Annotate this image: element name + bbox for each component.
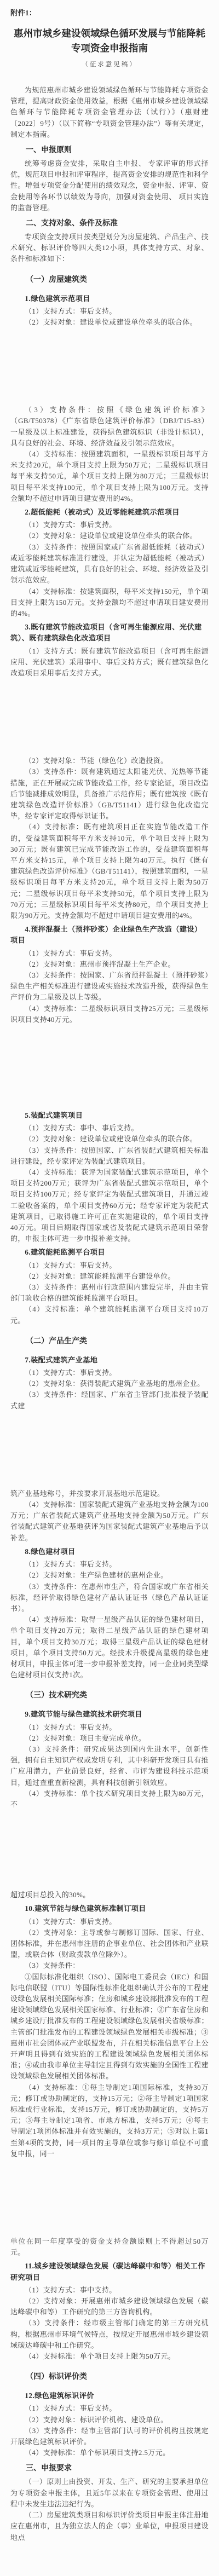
paragraph: （3）支持条件：惠州市行政范围内建设完毕，并由主管部门验收合格的建筑能耗监测平台…	[10, 1282, 209, 1304]
page-break-gap	[10, 1025, 209, 1107]
paragraph: （2）支持对象：主导或参与制修订国际、国家、行业、团体标准，并在惠州市注册的企事…	[10, 1927, 209, 1961]
item-heading: 8.绿色建材项目	[10, 1546, 209, 1557]
paragraph: （1）支持方式：事后支持。	[10, 2403, 209, 2414]
paragraph: （二）房屋建筑类项目和标识评价类项目申报主体注册地应在惠州市，且为独立法人的企（…	[10, 2510, 209, 2543]
item-heading: 5.装配式建筑项目	[10, 1110, 209, 1121]
item-heading: 6.建筑能耗监测平台项目	[10, 1247, 209, 1258]
paragraph: 统筹考虑资金安排，采取自主申报、 专家评审的形式择优，规范项目申报和评审程序，提…	[10, 158, 209, 213]
document-page: 附件1： 惠州市城乡建设领域绿色循环发展与节能降耗 专项资金申报指南 （征求意见…	[0, 0, 219, 2576]
paragraph-continuation: 单位在同一年度享受的资金支持金额原则上不得超过50万元。	[10, 2236, 209, 2258]
paragraph: （1）支持方式：事后支持。	[10, 1260, 209, 1271]
paragraph: （4）支持标准：单个技术研究项目支持上限为80万元，不	[10, 1788, 209, 1810]
page-break-gap	[10, 328, 209, 405]
item-heading: 4.预拌混凝土（预拌砂浆）企业绿色生产改造（建设）项目	[10, 924, 209, 946]
paragraph: （3）支持条件：按照国家或广东省超低能耗（被动式）或近零能耗建筑标准进行建设，并…	[10, 542, 209, 586]
paragraph: （1）支持方式：事中、事后支持。	[10, 1123, 209, 1134]
document-title-line1: 惠州市城乡建设领域绿色循环发展与节能降耗	[14, 28, 205, 39]
subsection-heading: （四）标识评价类	[10, 2371, 209, 2383]
paragraph: （3）支持条件：经国家、广东省主管部门批准授予装配式建	[10, 1389, 209, 1411]
paragraph: （4）支持标准：取得一星级产品认证的绿色建材项目，单个项目支持20万元；取得二星…	[10, 1614, 209, 1680]
paragraph: （1）支持方式：既有建筑节能改造项目（含可再生能源应用、光伏建筑）采用事中、事后…	[10, 646, 209, 679]
item-heading: 3.既有建筑节能改造项目（含可再生能源应用、光伏建筑）、既有建筑绿色化改造项目	[10, 622, 209, 644]
paragraph: （4）支持标准：国家装配式建筑产业基地支持金额为100万元；广东省装配式建筑产业…	[10, 1499, 209, 1544]
paragraph: （3）支持条件：按国家、广东省预拌混凝土（预拌砂浆）绿色生产相关标准进行建设或实…	[10, 970, 209, 1003]
subsection-heading: （二）产品生产类	[10, 1336, 209, 1347]
document-subtitle: （征求意见稿）	[10, 60, 209, 68]
paragraph: （3）支持条件：经市主管部门认可的评价机构且按规定开展绿色建筑标识评价。	[10, 2425, 209, 2447]
item-heading: 10.建筑节能与绿色建筑标准制订项目	[10, 1903, 209, 1914]
paragraph-continuation: 超过项目总投入的30%。	[10, 1890, 209, 1901]
paragraph: （2）支持对象：标识评价机构、建设单位。	[10, 2415, 209, 2425]
document-title: 惠州市城乡建设领域绿色循环发展与节能降耗 专项资金申报指南	[10, 26, 209, 56]
attachment-label: 附件1：	[10, 7, 209, 18]
paragraph: （4）支持标准：按建筑面积，每平米支持150元，单个项目支持上限为150万元。支…	[10, 586, 209, 620]
item-heading: 7.装配式建筑产业基地	[10, 1355, 209, 1366]
paragraph: （2）支持对象：开展惠州市城乡建设领域绿色发展（碳达峰碳中和等）工作研究的第三方…	[10, 2296, 209, 2318]
paragraph: （1）支持方式：事后支持。	[10, 1722, 209, 1733]
paragraph: （1）支持方式：事后支持。	[10, 948, 209, 959]
page-break-gap	[10, 1412, 209, 1488]
paragraph: （4）支持标准：既有建筑项目正在实施节能改造工作的，受益建筑面积每平方米支持10…	[10, 822, 209, 921]
paragraph: （2）支持对象：惠州市预拌混凝土生产企业。	[10, 959, 209, 970]
paragraph: （1）支持方式：事中支持。	[10, 2285, 209, 2296]
paragraph: 专项资金支持项目按类型划分为房屋建筑、产品生产、技术研究、标识评价等四大类12小…	[10, 232, 209, 265]
item-heading: 2.超低能耗（被动式）及近零能耗建筑示范项目	[10, 507, 209, 518]
paragraph: （3）支持条件：既有建筑通过太阳能光伏、光热等节能措施，正在开展或完成节能改造工…	[10, 766, 209, 822]
paragraph: （4）支持标准：单个标识项目支持2.5万元。	[10, 2447, 209, 2458]
paragraph: （2）支持对象：节能（绿色化）改造投资。	[10, 755, 209, 766]
paragraph: （4）支持标准：单个建筑能耗监测平台项目支持10万元。	[10, 1304, 209, 1326]
paragraph: 为规范惠州市城乡建设领域绿色循环与节能降耗专项资金管理，提高财政资金使用效益，根…	[10, 85, 209, 140]
paragraph: （4）支持标准：①每主导制定1项国际标准，支持30万元；修订或协助制定的，支持1…	[10, 2082, 209, 2159]
section-heading: 一、申报原则	[10, 144, 209, 155]
paragraph: （4）支持标准：单个项目支持上限为50万元。	[10, 2351, 209, 2362]
section-heading: 二、支持对象、条件及标准	[10, 217, 209, 229]
paragraph: （2）支持对象：生产绿色建材的惠州企业。	[10, 1570, 209, 1581]
paragraph: （2）支持对象：获得装配式建筑产业基地的惠州企业。	[10, 1378, 209, 1389]
paragraph: （1）支持方式：事后支持。	[10, 519, 209, 530]
paragraph-continuation: 筑产业基地称号，并按要求开展基地示范建设。	[10, 1488, 209, 1499]
paragraph: （2）支持对象：项目主要完成单位。	[10, 1733, 209, 1744]
paragraph: （1）支持方式：事后支持。	[10, 1367, 209, 1378]
paragraph: （2）支持对象：建筑能耗监测平台建设单位。	[10, 1271, 209, 1282]
paragraph: （1）支持方式：事后支持。	[10, 306, 209, 317]
paragraph: （3）支持条件：	[10, 1960, 209, 1971]
page-break-gap	[10, 679, 209, 755]
paragraph: （4）支持标准：获评为国家装配式建筑示范项目，单个项目支持200万元；获评为广东…	[10, 1167, 209, 1244]
page-break-gap	[10, 2159, 209, 2236]
item-heading: 11.城乡建设领域绿色发展（碳达峰碳中和等）相关工作研究项目	[10, 2261, 209, 2283]
paragraph: （2）支持对象：建设单位或建设单位牵头的联合体。	[10, 1134, 209, 1145]
item-heading: 1.绿色建筑示范项目	[10, 293, 209, 304]
paragraph: （2）支持对象：建设单位或建设单位牵头的联合体。	[10, 317, 209, 328]
item-heading: 12.绿色建筑标识评价	[10, 2390, 209, 2401]
paragraph: （一）原则上由投资、开发、生产、研究的主要承担单位为专项资金申报主体，且近5年以…	[10, 2476, 209, 2510]
paragraph: （3）支持条件：研究成果达到国内先进水平，创新性强，拥有自主知识产权或发明专利，…	[10, 1744, 209, 1788]
item-heading: 9.建筑节能与绿色建筑技术研究项目	[10, 1709, 209, 1720]
paragraph: （1）支持方式：事后支持。	[10, 1559, 209, 1570]
document-title-line2: 专项资金申报指南	[71, 43, 148, 54]
paragraph: （4）支持标准：按照建筑面积，一星级标识项目每平方米支持20元，单个项目支持上限…	[10, 449, 209, 504]
document-body: 为规范惠州市城乡建设领域绿色循环与节能降耗专项资金管理，提高财政资金使用效益，根…	[10, 85, 209, 2543]
paragraph: （3）支持条件：经市级主管部门确定的第三方研究机构，根据惠州市环境气候特点，按规…	[10, 2318, 209, 2351]
paragraph: ①国际标准化组织（ISO）、国际电工委员会（IEC）和国际电信联盟（ITU）等国…	[10, 1972, 209, 2082]
subsection-heading: （一）房屋建筑类	[10, 274, 209, 286]
section-heading: 三、申报要求	[10, 2462, 209, 2474]
paragraph: （1）支持方式：事后支持。	[10, 1916, 209, 1927]
paragraph: （3）支持条件：在惠州市生产，符合国家或广东省相关标准，经评价取得绿色建材产品认…	[10, 1581, 209, 1615]
paragraph: （4）支持标准：二星级标识项目支持25万元；三星级标识项目支持40万元。	[10, 1003, 209, 1025]
page-break-gap	[10, 1810, 209, 1890]
paragraph: （3）支持条件：按照国家、广东省装配式建筑相关标准进行建设，经专家评定为装配式建…	[10, 1145, 209, 1167]
paragraph: （3）支持条件：按照《绿色建筑评价标准》（GB/T50378）《广东省绿色建筑评…	[10, 405, 209, 449]
subsection-heading: （三）技术研究类	[10, 1690, 209, 1701]
paragraph: （2）支持对象：建设单位或建设单位牵头的联合体。	[10, 530, 209, 541]
